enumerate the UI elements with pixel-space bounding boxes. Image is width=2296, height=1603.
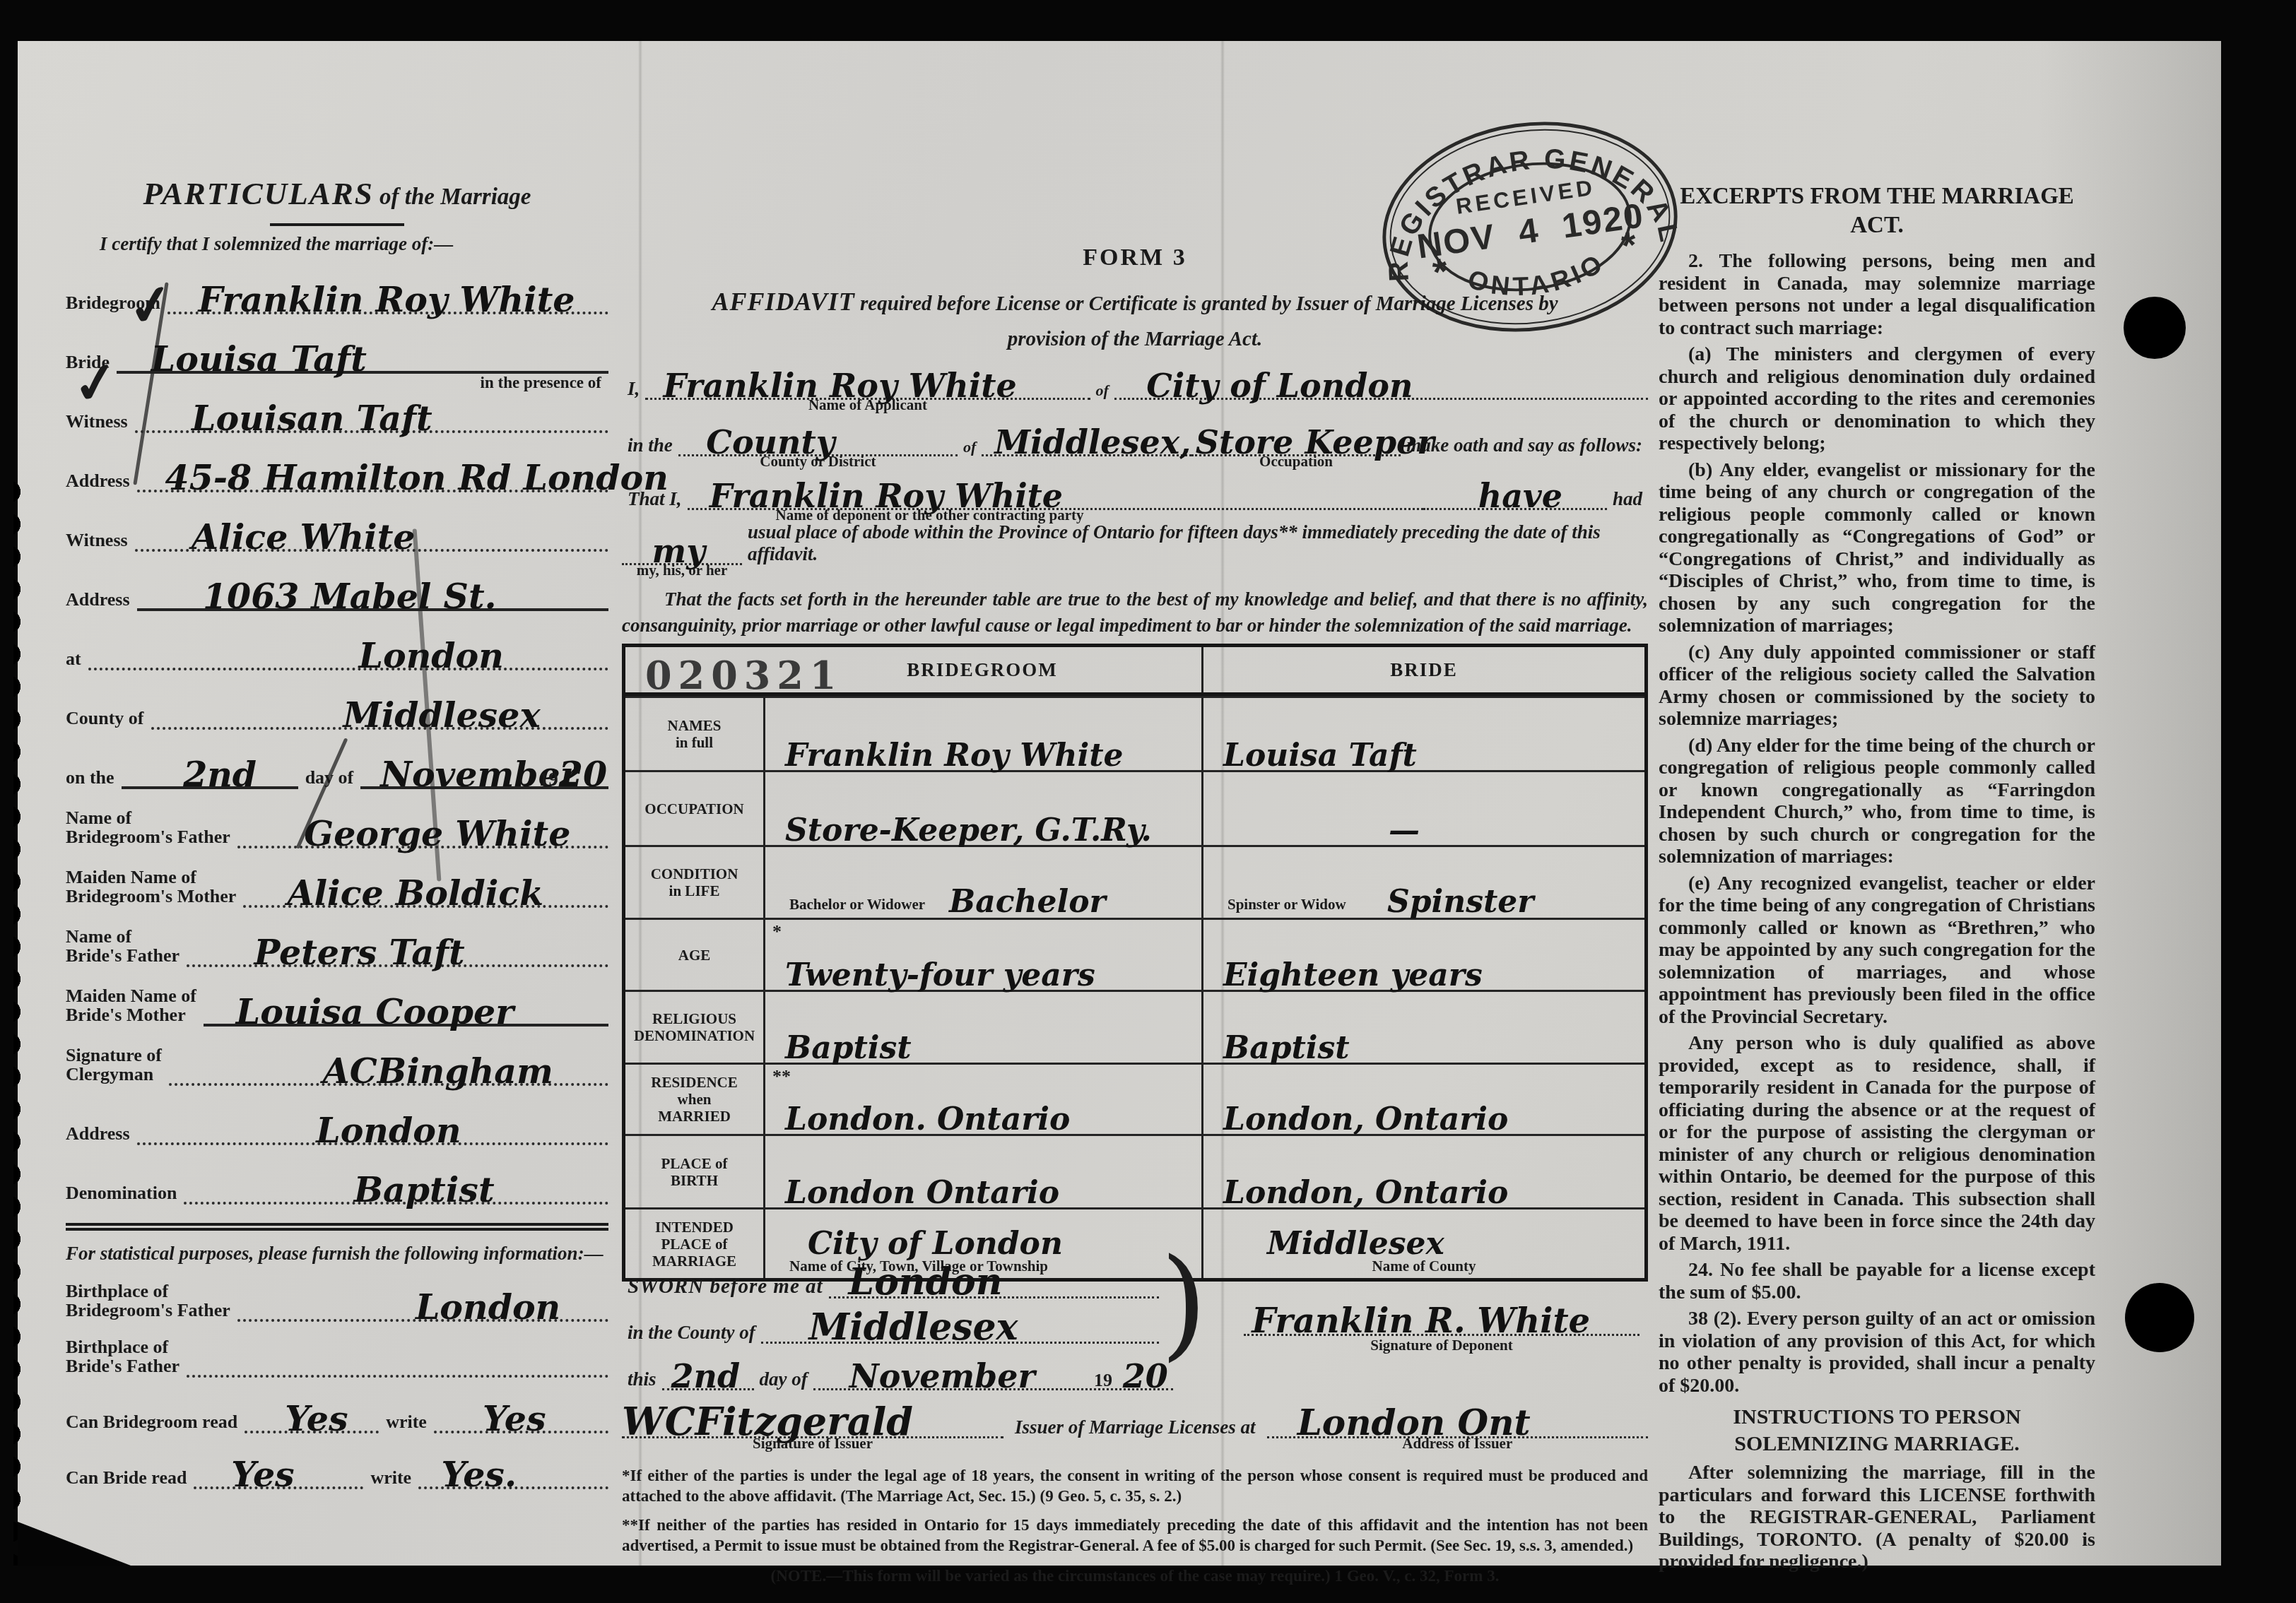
field-row-county: County of Middlesex [66, 670, 608, 730]
particulars-title-rest: of the Marriage [379, 184, 531, 210]
field-value-read: Yes [231, 1457, 294, 1492]
occupation-blank: Store Keeper Occupation [1191, 446, 1401, 456]
field-label: at [66, 649, 81, 670]
cell-groom: * Twenty-four years [763, 920, 1201, 990]
field-label: Witness [66, 412, 128, 433]
field-line: Yes. [418, 1479, 608, 1489]
row-label: OCCUPATION [625, 772, 763, 845]
table-row-condition: CONDITION in LIFE Bachelor or Widower Ba… [625, 845, 1644, 918]
cell-value: — [1389, 815, 1420, 846]
field-line: George White [237, 839, 608, 848]
field-row-date: on the 2nd day of November 19 20 [66, 730, 608, 789]
field-row-bride-father: Name of Bride's Father Peters Taft [66, 908, 608, 967]
field-line: Middlesex [151, 720, 608, 730]
facts-paragraph: That the facts set forth in the hereunde… [622, 586, 1648, 639]
cell-value: London, Ontario [1223, 1104, 1508, 1135]
printed-in-county: in the County of [622, 1322, 761, 1344]
table-row-occupation: OCCUPATION Store-Keeper, G.T.Ry. — [625, 770, 1644, 845]
field-label: Name of Bridegroom's Father [66, 808, 230, 848]
field-row-bride-mother: Maiden Name of Bride's Mother Louisa Coo… [66, 967, 608, 1027]
cell-sublabel: Spinster or Widow [1228, 896, 1346, 913]
particulars-section: PARTICULARS of the Marriage I certify th… [66, 175, 608, 1489]
field-value: Baptist [354, 1173, 495, 1207]
field-row-witness: Witness Louisan Taft [66, 374, 608, 433]
field-label: Denomination [66, 1183, 177, 1205]
field-line: Yes [194, 1479, 363, 1489]
table-row-religion: RELIGIOUS DENOMINATION Baptist Baptist [625, 990, 1644, 1063]
field-label: Bride [66, 353, 110, 374]
year-printed: 19 [1094, 1371, 1112, 1390]
excerpt-paragraph: (a) The ministers and clergymen of every… [1659, 343, 2095, 455]
field-row-can-bridegroom-read-write: Can Bridegroom read Yes write Yes [66, 1378, 608, 1433]
footnote-mark: * [772, 921, 782, 942]
county-name: Middlesex, [994, 426, 1191, 459]
field-label: write [386, 1412, 427, 1433]
county-name-blank: Middlesex, [982, 446, 1191, 456]
day-value: 2nd [671, 1360, 741, 1392]
county-sublabel: County or District [678, 453, 958, 471]
cell-value: Baptist [1223, 1033, 1350, 1064]
footnote-2: **If neither of the parties has resided … [622, 1515, 1648, 1556]
issuer-place-blank: London Ont Address of Issuer [1267, 1428, 1648, 1438]
scanned-marriage-affidavit: PARTICULARS of the Marriage I certify th… [0, 0, 2296, 1603]
field-row-address: Address 1063 Mabel St. [66, 552, 608, 611]
have-word: have [1478, 480, 1562, 512]
field-value: 1063 Mabel St. [203, 579, 497, 614]
printed-oath: make oath and say as follows: [1401, 434, 1648, 456]
footnote-mark: ** [772, 1066, 791, 1087]
field-row-can-bride-read-write: Can Bride read Yes write Yes. [66, 1433, 608, 1489]
deponent-blank: Franklin Roy White Name of deponent or t… [688, 499, 1423, 510]
date-line: this 2nd day of November 19 20 [622, 1361, 1173, 1390]
printed-of: of [958, 438, 982, 456]
cell-groom: London Ontario [763, 1136, 1201, 1207]
field-row-denomination: Denomination Baptist [66, 1145, 608, 1205]
cell-value: Louisa Taft [1223, 740, 1417, 771]
sworn-county-line: in the County of Middlesex [622, 1314, 1159, 1344]
field-line: 2nd [122, 779, 298, 789]
cell-value: Store-Keeper, G.T.Ry. [785, 815, 1152, 846]
field-value: Alice White [192, 520, 415, 555]
field-label: Can Bride read [66, 1468, 187, 1489]
field-label: Address [66, 1124, 130, 1145]
row-label: RELIGIOUS DENOMINATION [625, 992, 763, 1063]
field-line: Louisa Taft in the presence of [117, 364, 608, 374]
field-line: 1063 Mabel St. [137, 601, 608, 611]
field-line: Peters Taft [187, 957, 608, 967]
printed-issuer-at: Issuer of Marriage Licenses at [1003, 1416, 1267, 1438]
deponent-signature-block: Franklin R. White Signature of Deponent [1244, 1293, 1639, 1336]
cell-groom: ** London. Ontario [763, 1065, 1201, 1134]
issuer-place-sublabel: Address of Issuer [1267, 1435, 1648, 1453]
cell-groom: Store-Keeper, G.T.Ry. [763, 772, 1201, 845]
issuer-signature-line: WCFitzgerald Signature of Issuer [622, 1428, 1003, 1438]
my-sublabel: my, his, or her [622, 562, 742, 579]
deponent-line: That I, Franklin Roy White Name of depon… [622, 480, 1648, 510]
have-blank: have [1423, 499, 1607, 510]
serial-number-stamp: 020321 [645, 653, 842, 698]
field-line: London [237, 1312, 608, 1322]
county-blank: County County or District [678, 446, 958, 456]
cell-value: Spinster [1387, 887, 1534, 918]
cell-value: London, Ontario [1223, 1178, 1508, 1209]
cell-bride: — [1201, 772, 1644, 845]
field-line: London [88, 661, 608, 670]
excerpt-paragraph: 38 (2). Every person guilty of an act or… [1659, 1308, 2095, 1397]
printed-day-of: day of [754, 1368, 813, 1390]
cell-sublabel: Name of County [1203, 1258, 1644, 1275]
printed-that-i: That I, [622, 488, 688, 510]
field-row-bridegroom-father: Name of Bridegroom's Father George White [66, 789, 608, 848]
footnote-note: (NOTE.—This form will be varied as the c… [622, 1566, 1648, 1586]
field-label: day of [305, 768, 354, 789]
month-value: November [849, 1360, 1035, 1392]
cell-bride: Eighteen years [1201, 920, 1644, 990]
day-blank: 2nd [662, 1380, 754, 1390]
sworn-line: SWORN before me at London [622, 1269, 1159, 1299]
field-row-bride: Bride Louisa Taft in the presence of [66, 314, 608, 374]
field-line: Louisan Taft [135, 423, 608, 433]
field-label: Witness [66, 531, 128, 552]
cell-sublabel: Bachelor or Widower [789, 896, 925, 913]
field-value-write: Yes. [441, 1457, 517, 1492]
field-row-address: Address 45-8 Hamilton Rd London [66, 433, 608, 492]
field-row-bridegroom-mother: Maiden Name of Bridegroom's Mother Alice… [66, 848, 608, 908]
field-value: Louisa Cooper [236, 995, 514, 1029]
table-row-age: AGE * Twenty-four years Eighteen years [625, 918, 1644, 990]
county-occupation-line: in the County County or District of Midd… [622, 427, 1648, 456]
certify-line: I certify that I solemnized the marriage… [100, 233, 608, 255]
field-line: November 19 20 [360, 779, 608, 789]
deponent-signature-line: Franklin R. White Signature of Deponent [1244, 1293, 1639, 1336]
row-label: RESIDENCE when MARRIED [625, 1065, 763, 1134]
field-value: London [316, 1113, 461, 1148]
row-label: AGE [625, 920, 763, 990]
deponent-signature: Franklin R. White [1252, 1304, 1590, 1338]
particulars-title: PARTICULARS of the Marriage [66, 175, 608, 212]
cell-bride: Spinster or Widow Spinster [1201, 847, 1644, 918]
printed-i: I, [622, 378, 645, 400]
section-divider [66, 1223, 608, 1226]
field-value: London [359, 639, 504, 673]
field-label: Bridegroom [66, 293, 160, 314]
excerpt-paragraph: 2. The following persons, being men and … [1659, 250, 2095, 339]
title-rule [270, 223, 404, 226]
cell-value: Franklin Roy White [785, 740, 1124, 771]
field-value-year: 20 [559, 757, 607, 792]
field-line: Baptist [184, 1195, 608, 1205]
abode-line: my my, his, or her usual place of abode … [622, 536, 1648, 565]
field-label: Maiden Name of Bride's Mother [66, 986, 196, 1027]
particulars-title-main: PARTICULARS [143, 176, 374, 211]
excerpt-paragraph: (e) Any recognized evangelist, teacher o… [1659, 873, 2095, 1029]
footnote-1: *If either of the parties is under the l… [622, 1465, 1648, 1506]
field-value: London [416, 1290, 560, 1325]
field-row-witness: Witness Alice White [66, 492, 608, 552]
statistical-heading: For statistical purposes, please furnish… [66, 1241, 608, 1266]
excerpt-paragraph: Any person who is duly qualified as abov… [1659, 1032, 2095, 1255]
printed-abode: usual place of abode within the Province… [742, 521, 1648, 565]
table-row-intended-place: INTENDED PLACE of MARRIAGE City of Londo… [625, 1207, 1644, 1278]
cell-value: Eighteen years [1223, 960, 1483, 991]
field-value: Middlesex [343, 698, 540, 733]
cell-value: City of London [808, 1229, 1063, 1260]
cell-value: Bachelor [949, 887, 1106, 918]
row-label: NAMES in full [625, 698, 763, 770]
applicant-place: City of London [1146, 369, 1413, 402]
field-label: County of [66, 709, 144, 730]
field-label: Birthplace of Bride's Father [66, 1337, 179, 1378]
place-blank: City of London [1114, 389, 1648, 400]
field-row-clergyman-signature: Signature of Clergyman ACBingham [66, 1027, 608, 1086]
row-label: CONDITION in LIFE [625, 847, 763, 918]
row-label: INTENDED PLACE of MARRIAGE [625, 1209, 763, 1278]
excerpts-title: EXCERPTS FROM THE MARRIAGE ACT. [1659, 182, 2095, 240]
field-value: Louisan Taft [192, 401, 432, 436]
printed-had: had [1607, 488, 1648, 510]
my-blank: my my, his, or her [622, 555, 742, 565]
field-label: Signature of Clergyman [66, 1046, 162, 1086]
printed-in-the: in the [622, 434, 678, 456]
field-line: 45-8 Hamilton Rd London [137, 483, 608, 492]
table-row-names: NAMES in full Franklin Roy White Louisa … [625, 696, 1644, 770]
cell-bride: Baptist [1201, 992, 1644, 1063]
excerpts-section: EXCERPTS FROM THE MARRIAGE ACT. 2. The f… [1659, 182, 2095, 1578]
hole-punch-top [2124, 297, 2186, 359]
field-row-birthplace-bridegroom-father: Birthplace of Bridegroom's Father London [66, 1266, 608, 1322]
cell-bride: Middlesex Name of County [1201, 1209, 1644, 1278]
field-line: Franklin Roy White [167, 304, 608, 314]
cell-groom: Baptist [763, 992, 1201, 1063]
excerpt-paragraph: (d) Any elder for the time being of the … [1659, 735, 2095, 868]
column-header-bride: BRIDE [1201, 647, 1644, 692]
excerpt-paragraph: 24. No fee shall be payable for a licens… [1659, 1259, 2095, 1303]
registrar-general-stamp: REGISTRAR GENERAL ONTARIO RECEIVED NOV 4… [1365, 97, 1696, 357]
table-row-birthplace: PLACE of BIRTH London Ontario London, On… [625, 1134, 1644, 1207]
affidavit-word: AFFIDAVIT [712, 288, 854, 316]
field-value-day: 2nd [183, 757, 257, 792]
cell-value: London. Ontario [785, 1104, 1070, 1135]
excerpt-paragraph: (c) Any duly appointed commissioner or s… [1659, 641, 2095, 730]
cell-groom: Bachelor or Widower Bachelor [763, 847, 1201, 918]
cell-bride: Louisa Taft [1201, 698, 1644, 770]
cell-value: Middlesex [1267, 1229, 1444, 1260]
field-label: Name of Bride's Father [66, 927, 179, 967]
field-line: Alice White [135, 542, 608, 552]
field-label: on the [66, 768, 114, 789]
sworn-county-blank: Middlesex [761, 1333, 1159, 1344]
field-row-address: Address London [66, 1086, 608, 1145]
instructions-paragraph: After solemnizing the marriage, fill in … [1659, 1462, 2095, 1573]
torn-left-edge [13, 475, 32, 1566]
cell-bride: London, Ontario [1201, 1065, 1644, 1134]
corner-shadow [18, 1522, 131, 1566]
field-row-at: at London [66, 611, 608, 670]
field-row-birthplace-bride-father: Birthplace of Bride's Father [66, 1322, 608, 1378]
field-label: Maiden Name of Bridegroom's Mother [66, 868, 236, 908]
issuer-line: WCFitzgerald Signature of Issuer Issuer … [622, 1409, 1648, 1438]
printed-of: of [1090, 381, 1114, 400]
month-blank: November 19 20 [813, 1380, 1173, 1390]
field-value-write: Yes [483, 1402, 546, 1436]
applicant-blank: Franklin Roy White Name of Applicant [645, 389, 1090, 400]
field-value: Franklin Roy White [199, 283, 575, 317]
cell-value: London Ontario [785, 1178, 1059, 1209]
field-value: 45-8 Hamilton Rd London [165, 461, 669, 495]
paper-sheet: PARTICULARS of the Marriage I certify th… [18, 41, 2221, 1566]
instructions-title: INSTRUCTIONS TO PERSON SOLEMNIZING MARRI… [1659, 1404, 2095, 1457]
field-value: Peters Taft [254, 935, 465, 970]
field-value: George White [304, 817, 570, 851]
applicant-sublabel: Name of Applicant [645, 396, 1090, 414]
brace-glyph: ) [1160, 1234, 1207, 1373]
field-value-read: Yes [285, 1402, 348, 1436]
field-line: Yes [434, 1424, 608, 1433]
excerpt-paragraph: (b) Any elder, evangelist or missionary … [1659, 459, 2095, 637]
field-line: Alice Boldick [243, 898, 608, 908]
field-line: Louisa Cooper [204, 1017, 608, 1027]
table-row-residence: RESIDENCE when MARRIED ** London. Ontari… [625, 1063, 1644, 1134]
printed-sworn: SWORN before me at [622, 1275, 829, 1299]
field-label: Birthplace of Bridegroom's Father [66, 1282, 230, 1322]
sworn-place-blank: London [829, 1288, 1159, 1299]
field-line: London [137, 1135, 608, 1145]
printed-this: this [622, 1368, 662, 1390]
year-value: 20 [1123, 1360, 1168, 1392]
field-line: ACBingham [169, 1076, 608, 1086]
table-header: 020321 BRIDEGROOM BRIDE [625, 647, 1644, 696]
row-label: PLACE of BIRTH [625, 1136, 763, 1207]
cell-bride: London, Ontario [1201, 1136, 1644, 1207]
field-row-bridegroom: Bridegroom Franklin Roy White [66, 255, 608, 314]
cell-value: Baptist [785, 1033, 912, 1064]
field-value: ACBingham [323, 1054, 553, 1089]
sworn-county: Middlesex [808, 1309, 1018, 1346]
field-value: Louisa Taft [151, 342, 367, 377]
field-line [187, 1368, 608, 1378]
applicant-line: I, Franklin Roy White Name of Applicant … [622, 370, 1648, 400]
issuer-signature-sublabel: Signature of Issuer [622, 1435, 1003, 1453]
deponent-signature-sublabel: Signature of Deponent [1244, 1337, 1639, 1354]
field-label: write [370, 1468, 411, 1489]
cell-groom: Franklin Roy White [763, 698, 1201, 770]
hole-punch-bottom [2125, 1283, 2194, 1352]
stamp-svg: REGISTRAR GENERAL ONTARIO RECEIVED NOV 4… [1365, 97, 1696, 357]
year-printed: 19 [539, 770, 558, 789]
field-label: Can Bridegroom read [66, 1412, 237, 1433]
bridegroom-bride-table: 020321 BRIDEGROOM BRIDE NAMES in full Fr… [622, 644, 1648, 1282]
cell-value: Twenty-four years [785, 960, 1095, 991]
field-label: Address [66, 471, 130, 492]
field-value: Alice Boldick [287, 876, 543, 911]
occupation-sublabel: Occupation [1191, 453, 1401, 471]
field-label: Address [66, 590, 130, 611]
field-line: Yes [245, 1424, 379, 1433]
sworn-place: London [849, 1264, 1003, 1301]
